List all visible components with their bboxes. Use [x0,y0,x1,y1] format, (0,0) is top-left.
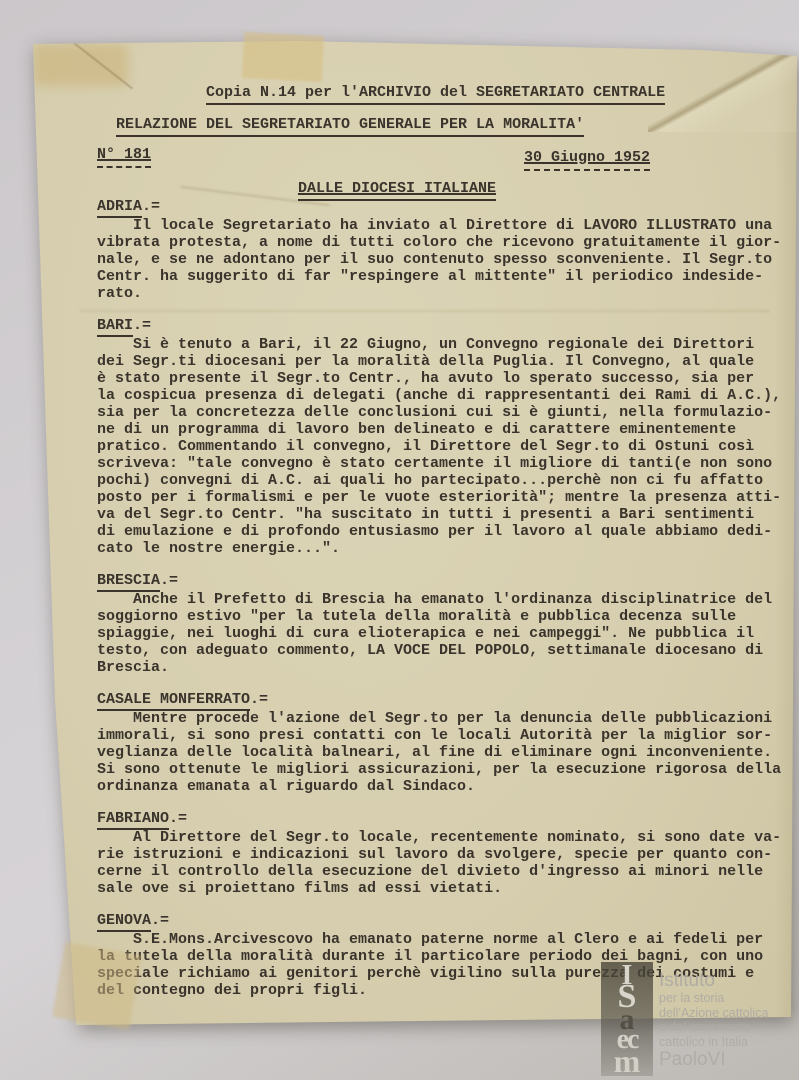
text-line: vibrata protesta, a nome di tutti coloro… [97,234,797,251]
report-title-text: RELAZIONE DEL SEGRETARIATO GENERALE PER … [116,116,584,137]
section-bari: BARI.= Si è tenuto a Bari, il 22 Giugno,… [97,317,797,557]
corner-fold [648,48,799,132]
acronym-letter: m [614,1050,641,1072]
section-heading-name: BARI [97,317,133,337]
watermark-text-line: Istituto [659,970,768,991]
text-line: Brescia. [97,659,797,676]
text-line: veglianza delle località balneari, al fi… [97,744,797,761]
text-line: Al Direttore del Segr.to locale, recente… [97,829,797,846]
tape-piece-bottom-left [52,942,142,1030]
isacem-institute-text: Istitutoper la storiadell'Azione cattoli… [653,962,768,1078]
text-line: rato. [97,285,797,302]
text-line: Il locale Segretariato ha inviato al Dir… [97,217,797,234]
section-heading: GENOVA.= [97,912,797,929]
text-line: pratico. Commentando il convegno, il Dir… [97,438,797,455]
text-line: è stato presente il Segr.to Centr., ha a… [97,370,797,387]
document-body: ADRIA.= Il locale Segretariato ha inviat… [97,198,797,999]
text-line: cerne il controllo della esecuzione del … [97,863,797,880]
section-heading-name: BRESCIA [97,572,160,592]
document-date-text: 30 Giugno 1952 [524,149,650,171]
text-line: nale, e se ne adontano per il suo conten… [97,251,797,268]
watermark-text-line: PaoloVI [659,1049,768,1070]
report-title: RELAZIONE DEL SEGRETARIATO GENERALE PER … [116,116,584,133]
section-heading-name: CASALE MONFERRATO [97,691,250,711]
document-paper: Copia N.14 per l'ARCHIVIO del SEGRETARIA… [0,0,799,1080]
section-heading: CASALE MONFERRATO.= [97,691,797,708]
copy-archive-text: Copia N.14 per l'ARCHIVIO del SEGRETARIA… [206,84,665,105]
text-line: spiaggie, nei luoghi di cura elioterapic… [97,625,797,642]
copy-archive-line: Copia N.14 per l'ARCHIVIO del SEGRETARIA… [206,84,665,101]
section-heading: FABRIANO.= [97,810,797,827]
section-heading: BRESCIA.= [97,572,797,589]
paper-shadow-wrap: Copia N.14 per l'ARCHIVIO del SEGRETARIA… [0,0,799,1080]
text-line: posto per i formalismi e per le vuote es… [97,489,797,506]
section-brescia: BRESCIA.= Anche il Prefetto di Brescia h… [97,572,797,676]
text-line: soggiorno estivo "per la tutela della mo… [97,608,797,625]
text-line: sale ove si proiettano films ad essi vie… [97,880,797,897]
watermark-text-line: dell'Azione cattolica [659,1006,768,1021]
corner-stain [33,44,128,86]
text-line: sia per la concretezza delle conclusioni… [97,404,797,421]
watermark-text-line: e del movimento [659,1020,768,1035]
watermark-text-line: cattolico in Italia [659,1035,768,1050]
section-heading: BARI.= [97,317,797,334]
document-number-text: N° 181 [97,146,151,168]
text-line: Mentre procede l'azione del Segr.to per … [97,710,797,727]
section-fabriano: FABRIANO.= Al Direttore del Segr.to loca… [97,810,797,897]
text-line: testo, con adeguato commento, LA VOCE DE… [97,642,797,659]
text-line: la cospicua presenza di delegati (anche … [97,387,797,404]
scanned-document-scene: Copia N.14 per l'ARCHIVIO del SEGRETARIA… [0,0,799,1080]
section-heading-name: ADRIA [97,198,142,218]
section-heading-name: FABRIANO [97,810,169,830]
text-line: cato le nostre energie...". [97,540,797,557]
text-line: dei Segr.ti diocesani per la moralità de… [97,353,797,370]
archive-watermark-logo: ISaecm Istitutoper la storiadell'Azione … [601,962,799,1078]
isacem-acronym-block: ISaecm [601,962,653,1076]
text-line: ordinanza emanata al riguardo dal Sindac… [97,778,797,795]
section-heading: ADRIA.= [97,198,797,215]
text-line: va del Segr.to Centr. "ha suscitato in t… [97,506,797,523]
text-line: Centr. ha suggerito di far "respingere a… [97,268,797,285]
text-line: rie istruzioni e indicazioni sul lavoro … [97,846,797,863]
document-date: 30 Giugno 1952 [524,149,650,166]
section-casale-monferrato: CASALE MONFERRATO.= Mentre procede l'azi… [97,691,797,795]
text-line: scriveva: "tale convegno è stato certame… [97,455,797,472]
document-number: N° 181 [97,146,151,163]
text-line: Si sono ottenute le migliori assicurazio… [97,761,797,778]
section-heading-name: GENOVA [97,912,151,932]
watermark-text-line: per la storia [659,991,768,1006]
text-line: Anche il Prefetto di Brescia ha emanato … [97,591,797,608]
text-line: immorali, si sono presi contatti con le … [97,727,797,744]
text-line: ne di un programma di lavoro ben delinea… [97,421,797,438]
text-line: di emulazione e di profondo entusiasmo p… [97,523,797,540]
text-line: pochi) convegni di A.C. ai quali ho part… [97,472,797,489]
section-adria: ADRIA.= Il locale Segretariato ha inviat… [97,198,797,302]
section-main-title: DALLE DIOCESI ITALIANE [97,180,697,197]
text-line: Si è tenuto a Bari, il 22 Giugno, un Con… [97,336,797,353]
tape-piece-top [242,32,324,82]
text-line: S.E.Mons.Arcivescovo ha emanato paterne … [97,931,797,948]
